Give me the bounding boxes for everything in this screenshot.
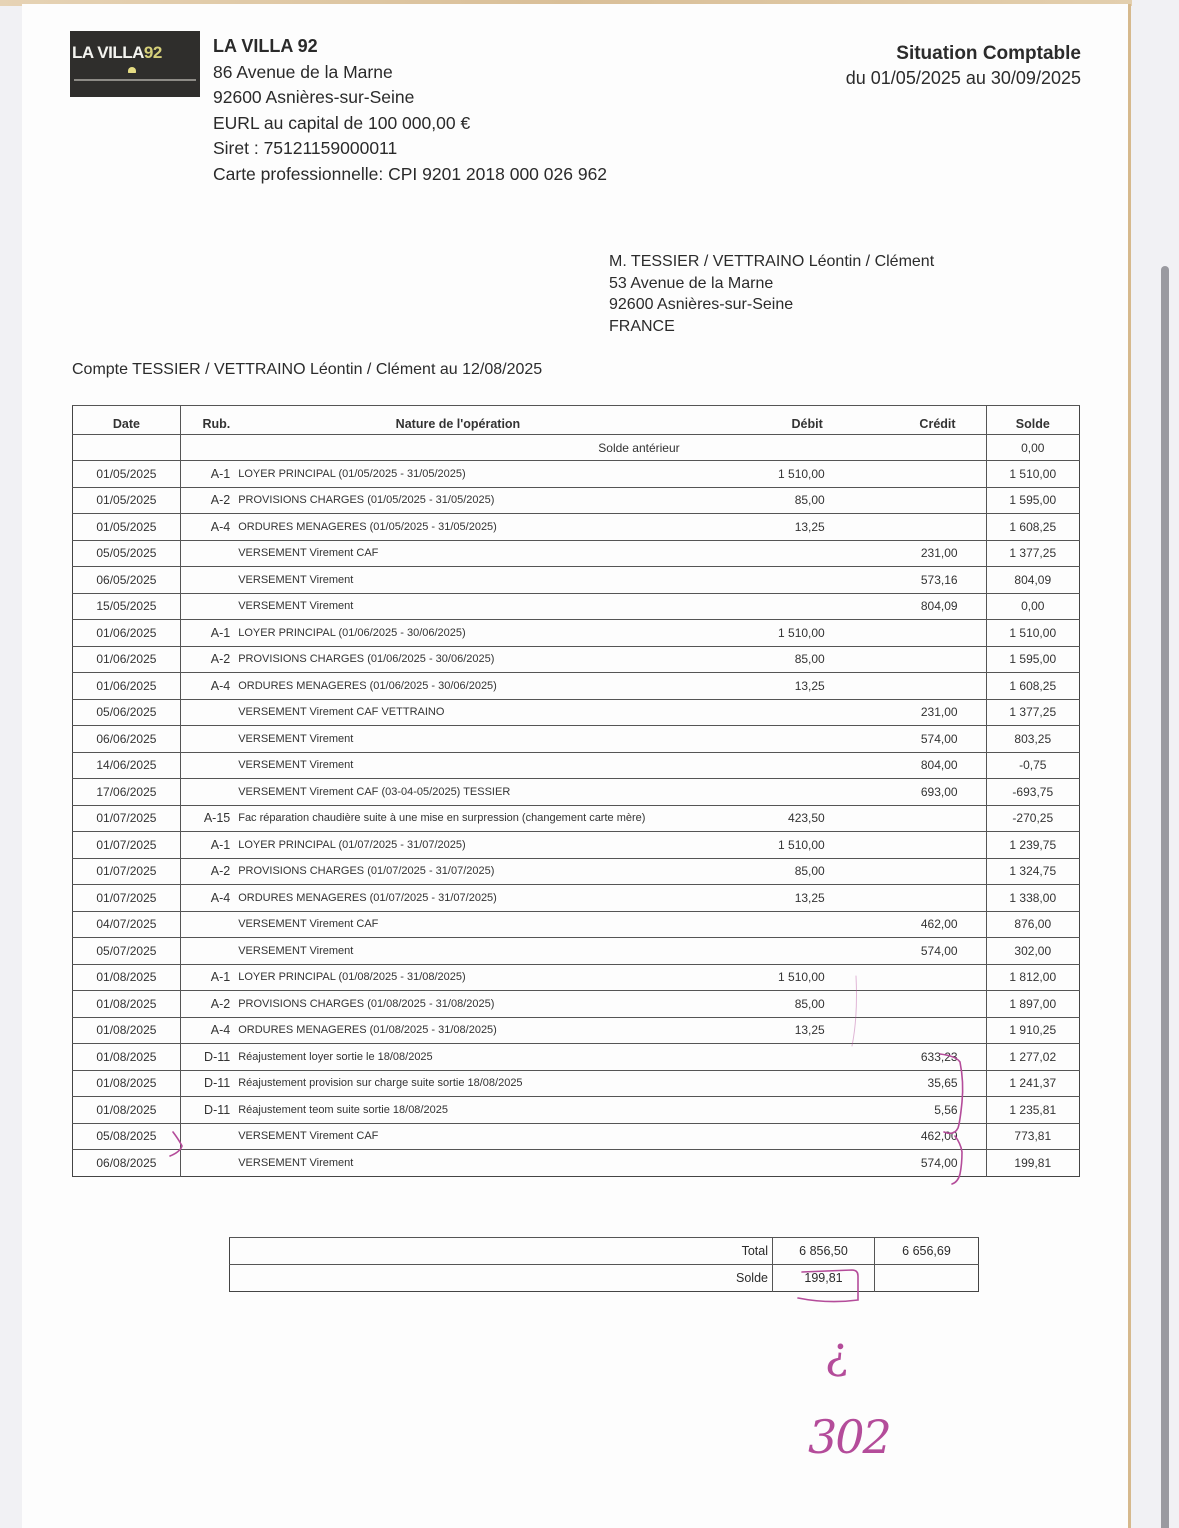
row-rubric xyxy=(180,752,236,779)
row-credit xyxy=(877,805,986,832)
document-period: du 01/05/2025 au 30/09/2025 xyxy=(846,66,1081,90)
row-credit xyxy=(877,461,986,488)
handwritten-symbol: ¿ xyxy=(824,1327,852,1380)
previous-balance-value: 0,00 xyxy=(986,435,1079,461)
account-title: Compte TESSIER / VETTRAINO Léontin / Clé… xyxy=(72,361,542,379)
row-credit xyxy=(877,620,986,647)
leaf-icon xyxy=(128,67,136,73)
row-debit: 1 510,00 xyxy=(680,620,877,647)
row-balance: 1 910,25 xyxy=(986,1017,1079,1044)
row-date: 01/08/2025 xyxy=(73,1070,181,1097)
row-balance: 1 239,75 xyxy=(986,832,1079,859)
table-row: 01/06/2025A-2PROVISIONS CHARGES (01/06/2… xyxy=(73,646,1080,673)
row-balance: 1 277,02 xyxy=(986,1044,1079,1071)
row-credit: 574,00 xyxy=(877,1150,986,1177)
row-nature: LOYER PRINCIPAL (01/07/2025 - 31/07/2025… xyxy=(236,832,679,859)
row-credit xyxy=(877,1017,986,1044)
row-rubric: D-11 xyxy=(180,1097,236,1124)
row-debit: 1 510,00 xyxy=(680,461,877,488)
row-debit xyxy=(680,1044,877,1071)
row-date: 17/06/2025 xyxy=(73,779,181,806)
table-row: 04/07/2025VERSEMENT Virement CAF462,0087… xyxy=(73,911,1080,938)
recipient-address-line1: 53 Avenue de la Marne xyxy=(609,273,934,295)
document-header: Situation Comptable du 01/05/2025 au 30/… xyxy=(846,42,1081,90)
row-debit xyxy=(680,1097,877,1124)
header-solde: Solde xyxy=(986,406,1079,435)
row-rubric xyxy=(180,938,236,965)
header-nature: Nature de l'opération xyxy=(236,406,679,435)
row-debit: 1 510,00 xyxy=(680,832,877,859)
company-professional-card: Carte professionnelle: CPI 9201 2018 000… xyxy=(213,162,607,188)
row-debit: 423,50 xyxy=(680,805,877,832)
row-debit: 13,25 xyxy=(680,885,877,912)
row-nature: VERSEMENT Virement xyxy=(236,752,679,779)
row-credit: 35,65 xyxy=(877,1070,986,1097)
table-row: 01/08/2025D-11Réajustement loyer sortie … xyxy=(73,1044,1080,1071)
row-nature: Fac réparation chaudière suite à une mis… xyxy=(236,805,679,832)
row-rubric: A-4 xyxy=(180,1017,236,1044)
row-credit: 804,09 xyxy=(877,593,986,620)
row-balance: -270,25 xyxy=(986,805,1079,832)
row-balance: 1 377,25 xyxy=(986,699,1079,726)
row-debit: 85,00 xyxy=(680,858,877,885)
row-date: 01/08/2025 xyxy=(73,1017,181,1044)
scrollbar[interactable] xyxy=(1161,266,1169,1528)
row-nature: LOYER PRINCIPAL (01/05/2025 - 31/05/2025… xyxy=(236,461,679,488)
row-date: 01/08/2025 xyxy=(73,1044,181,1071)
row-credit: 462,00 xyxy=(877,911,986,938)
company-address-line1: 86 Avenue de la Marne xyxy=(213,60,607,86)
row-debit: 13,25 xyxy=(680,673,877,700)
row-balance: 773,81 xyxy=(986,1123,1079,1150)
row-nature: VERSEMENT Virement CAF xyxy=(236,1123,679,1150)
row-nature: VERSEMENT Virement CAF xyxy=(236,540,679,567)
row-date: 15/05/2025 xyxy=(73,593,181,620)
table-row: 17/06/2025VERSEMENT Virement CAF (03-04-… xyxy=(73,779,1080,806)
row-rubric: A-1 xyxy=(180,620,236,647)
table-row: 06/06/2025VERSEMENT Virement574,00803,25 xyxy=(73,726,1080,753)
row-debit xyxy=(680,540,877,567)
row-credit xyxy=(877,487,986,514)
row-nature: ORDURES MENAGERES (01/08/2025 - 31/08/20… xyxy=(236,1017,679,1044)
solde-value: 199,81 xyxy=(773,1265,875,1292)
table-row: 01/08/2025D-11Réajustement provision sur… xyxy=(73,1070,1080,1097)
row-date: 01/07/2025 xyxy=(73,885,181,912)
table-row: 01/08/2025D-11Réajustement teom suite so… xyxy=(73,1097,1080,1124)
table-row: 05/07/2025VERSEMENT Virement574,00302,00 xyxy=(73,938,1080,965)
row-credit xyxy=(877,964,986,991)
row-balance: -0,75 xyxy=(986,752,1079,779)
row-debit xyxy=(680,938,877,965)
total-credit: 6 656,69 xyxy=(875,1238,979,1265)
solde-row: Solde 199,81 xyxy=(230,1265,979,1292)
row-debit xyxy=(680,779,877,806)
header-date: Date xyxy=(73,406,181,435)
row-nature: Réajustement teom suite sortie 18/08/202… xyxy=(236,1097,679,1124)
row-nature: VERSEMENT Virement xyxy=(236,726,679,753)
row-balance: 1 897,00 xyxy=(986,991,1079,1018)
row-debit: 85,00 xyxy=(680,991,877,1018)
recipient-name: M. TESSIER / VETTRAINO Léontin / Clément xyxy=(609,251,934,273)
row-rubric: A-2 xyxy=(180,991,236,1018)
row-balance: 1 608,25 xyxy=(986,673,1079,700)
row-date: 01/08/2025 xyxy=(73,1097,181,1124)
row-credit: 573,16 xyxy=(877,567,986,594)
row-credit xyxy=(877,673,986,700)
row-balance: 199,81 xyxy=(986,1150,1079,1177)
row-nature: VERSEMENT Virement xyxy=(236,938,679,965)
row-nature: PROVISIONS CHARGES (01/06/2025 - 30/06/2… xyxy=(236,646,679,673)
row-nature: ORDURES MENAGERES (01/05/2025 - 31/05/20… xyxy=(236,514,679,541)
row-credit: 693,00 xyxy=(877,779,986,806)
row-credit xyxy=(877,991,986,1018)
row-credit xyxy=(877,646,986,673)
row-rubric xyxy=(180,567,236,594)
row-rubric: A-2 xyxy=(180,858,236,885)
row-rubric: A-1 xyxy=(180,461,236,488)
row-rubric xyxy=(180,911,236,938)
row-debit xyxy=(680,911,877,938)
row-date: 01/06/2025 xyxy=(73,620,181,647)
row-date: 01/06/2025 xyxy=(73,646,181,673)
table-row: 01/08/2025A-2PROVISIONS CHARGES (01/08/2… xyxy=(73,991,1080,1018)
row-balance: 1 608,25 xyxy=(986,514,1079,541)
row-credit: 574,00 xyxy=(877,726,986,753)
document-title: Situation Comptable xyxy=(846,42,1081,66)
row-balance: 302,00 xyxy=(986,938,1079,965)
row-rubric xyxy=(180,540,236,567)
table-row: 06/05/2025VERSEMENT Virement573,16804,09 xyxy=(73,567,1080,594)
row-nature: VERSEMENT Virement CAF xyxy=(236,911,679,938)
row-rubric: A-4 xyxy=(180,673,236,700)
row-credit: 804,00 xyxy=(877,752,986,779)
logo-tagline xyxy=(74,79,196,81)
row-rubric xyxy=(180,726,236,753)
row-debit xyxy=(680,1123,877,1150)
row-balance: 1 338,00 xyxy=(986,885,1079,912)
row-balance: -693,75 xyxy=(986,779,1079,806)
ledger-table: Date Rub. Nature de l'opération Débit Cr… xyxy=(72,405,1080,1177)
row-nature: PROVISIONS CHARGES (01/08/2025 - 31/08/2… xyxy=(236,991,679,1018)
total-label: Total xyxy=(230,1238,773,1265)
logo-number: 92 xyxy=(144,43,162,62)
row-rubric: A-2 xyxy=(180,646,236,673)
header-rub: Rub. xyxy=(180,406,236,435)
row-rubric xyxy=(180,699,236,726)
row-balance: 1 235,81 xyxy=(986,1097,1079,1124)
row-credit xyxy=(877,858,986,885)
row-credit: 5,56 xyxy=(877,1097,986,1124)
row-rubric: A-15 xyxy=(180,805,236,832)
row-date: 01/07/2025 xyxy=(73,832,181,859)
row-rubric: A-4 xyxy=(180,514,236,541)
table-row: 01/05/2025A-4ORDURES MENAGERES (01/05/20… xyxy=(73,514,1080,541)
row-credit: 231,00 xyxy=(877,699,986,726)
logo-text: LA VILLA xyxy=(72,43,144,62)
table-row: 05/05/2025VERSEMENT Virement CAF231,001 … xyxy=(73,540,1080,567)
row-balance: 0,00 xyxy=(986,593,1079,620)
row-date: 06/06/2025 xyxy=(73,726,181,753)
row-date: 01/08/2025 xyxy=(73,991,181,1018)
row-date: 01/05/2025 xyxy=(73,461,181,488)
table-row: 01/08/2025A-1LOYER PRINCIPAL (01/08/2025… xyxy=(73,964,1080,991)
table-row: 06/08/2025VERSEMENT Virement574,00199,81 xyxy=(73,1150,1080,1177)
header-debit: Débit xyxy=(680,406,877,435)
table-row: 01/05/2025A-2PROVISIONS CHARGES (01/05/2… xyxy=(73,487,1080,514)
row-balance: 1 241,37 xyxy=(986,1070,1079,1097)
company-legal: EURL au capital de 100 000,00 € xyxy=(213,111,607,137)
row-nature: Réajustement provision sur charge suite … xyxy=(236,1070,679,1097)
row-debit xyxy=(680,567,877,594)
solde-label: Solde xyxy=(230,1265,773,1292)
row-date: 05/07/2025 xyxy=(73,938,181,965)
company-name: LA VILLA 92 xyxy=(213,34,607,60)
row-nature: VERSEMENT Virement CAF VETTRAINO xyxy=(236,699,679,726)
row-nature: LOYER PRINCIPAL (01/06/2025 - 30/06/2025… xyxy=(236,620,679,647)
row-date: 05/08/2025 xyxy=(73,1123,181,1150)
recipient-address: M. TESSIER / VETTRAINO Léontin / Clément… xyxy=(609,251,934,337)
row-nature: VERSEMENT Virement CAF (03-04-05/2025) T… xyxy=(236,779,679,806)
row-rubric: A-1 xyxy=(180,832,236,859)
row-rubric: A-2 xyxy=(180,487,236,514)
company-info: LA VILLA 92 86 Avenue de la Marne 92600 … xyxy=(213,34,607,187)
row-balance: 1 812,00 xyxy=(986,964,1079,991)
row-debit: 13,25 xyxy=(680,1017,877,1044)
row-date: 01/05/2025 xyxy=(73,487,181,514)
row-rubric xyxy=(180,779,236,806)
row-date: 01/05/2025 xyxy=(73,514,181,541)
row-date: 05/06/2025 xyxy=(73,699,181,726)
previous-balance-row: Solde antérieur 0,00 xyxy=(73,435,1080,461)
row-nature: LOYER PRINCIPAL (01/08/2025 - 31/08/2025… xyxy=(236,964,679,991)
row-nature: VERSEMENT Virement xyxy=(236,567,679,594)
table-row: 14/06/2025VERSEMENT Virement804,00-0,75 xyxy=(73,752,1080,779)
row-nature: PROVISIONS CHARGES (01/05/2025 - 31/05/2… xyxy=(236,487,679,514)
row-rubric: D-11 xyxy=(180,1070,236,1097)
row-date: 06/05/2025 xyxy=(73,567,181,594)
total-debit: 6 856,50 xyxy=(773,1238,875,1265)
row-date: 01/07/2025 xyxy=(73,858,181,885)
row-date: 01/06/2025 xyxy=(73,673,181,700)
company-address-line2: 92600 Asnières-sur-Seine xyxy=(213,85,607,111)
row-rubric xyxy=(180,1123,236,1150)
row-date: 04/07/2025 xyxy=(73,911,181,938)
table-row: 05/06/2025VERSEMENT Virement CAF VETTRAI… xyxy=(73,699,1080,726)
row-debit xyxy=(680,726,877,753)
row-balance: 876,00 xyxy=(986,911,1079,938)
row-credit: 231,00 xyxy=(877,540,986,567)
table-row: 01/05/2025A-1LOYER PRINCIPAL (01/05/2025… xyxy=(73,461,1080,488)
row-rubric: D-11 xyxy=(180,1044,236,1071)
company-logo: LA VILLA92 xyxy=(70,31,200,97)
row-balance: 803,25 xyxy=(986,726,1079,753)
recipient-address-line2: 92600 Asnières-sur-Seine xyxy=(609,294,934,316)
row-balance: 1 510,00 xyxy=(986,620,1079,647)
recipient-country: FRANCE xyxy=(609,316,934,338)
row-balance: 1 510,00 xyxy=(986,461,1079,488)
row-credit: 462,00 xyxy=(877,1123,986,1150)
row-debit: 1 510,00 xyxy=(680,964,877,991)
company-siret: Siret : 75121159000011 xyxy=(213,136,607,162)
row-rubric xyxy=(180,1150,236,1177)
table-row: 15/05/2025VERSEMENT Virement804,090,00 xyxy=(73,593,1080,620)
header-credit: Crédit xyxy=(877,406,986,435)
row-balance: 1 595,00 xyxy=(986,646,1079,673)
row-debit xyxy=(680,593,877,620)
row-credit xyxy=(877,514,986,541)
row-debit: 85,00 xyxy=(680,487,877,514)
row-debit: 13,25 xyxy=(680,514,877,541)
table-row: 01/07/2025A-15Fac réparation chaudière s… xyxy=(73,805,1080,832)
row-date: 01/08/2025 xyxy=(73,964,181,991)
row-date: 01/07/2025 xyxy=(73,805,181,832)
row-debit xyxy=(680,1150,877,1177)
row-nature: Réajustement loyer sortie le 18/08/2025 xyxy=(236,1044,679,1071)
row-balance: 1 324,75 xyxy=(986,858,1079,885)
row-date: 06/08/2025 xyxy=(73,1150,181,1177)
row-credit xyxy=(877,885,986,912)
table-row: 05/08/2025VERSEMENT Virement CAF462,0077… xyxy=(73,1123,1080,1150)
table-row: 01/07/2025A-4ORDURES MENAGERES (01/07/20… xyxy=(73,885,1080,912)
table-row: 01/07/2025A-2PROVISIONS CHARGES (01/07/2… xyxy=(73,858,1080,885)
row-debit: 85,00 xyxy=(680,646,877,673)
totals-row: Total 6 856,50 6 656,69 xyxy=(230,1238,979,1265)
table-row: 01/07/2025A-1LOYER PRINCIPAL (01/07/2025… xyxy=(73,832,1080,859)
row-debit xyxy=(680,752,877,779)
row-balance: 804,09 xyxy=(986,567,1079,594)
row-debit xyxy=(680,1070,877,1097)
table-row: 01/08/2025A-4ORDURES MENAGERES (01/08/20… xyxy=(73,1017,1080,1044)
row-date: 05/05/2025 xyxy=(73,540,181,567)
row-rubric: A-4 xyxy=(180,885,236,912)
previous-balance-label: Solde antérieur xyxy=(236,435,679,461)
row-nature: PROVISIONS CHARGES (01/07/2025 - 31/07/2… xyxy=(236,858,679,885)
row-debit xyxy=(680,699,877,726)
row-rubric: A-1 xyxy=(180,964,236,991)
handwritten-amount: 302 xyxy=(808,1410,890,1464)
table-row: 01/06/2025A-4ORDURES MENAGERES (01/06/20… xyxy=(73,673,1080,700)
row-credit xyxy=(877,832,986,859)
row-nature: VERSEMENT Virement xyxy=(236,593,679,620)
row-balance: 1 595,00 xyxy=(986,487,1079,514)
row-balance: 1 377,25 xyxy=(986,540,1079,567)
row-nature: ORDURES MENAGERES (01/06/2025 - 30/06/20… xyxy=(236,673,679,700)
row-rubric xyxy=(180,593,236,620)
totals-table: Total 6 856,50 6 656,69 Solde 199,81 xyxy=(229,1237,979,1292)
row-nature: ORDURES MENAGERES (01/07/2025 - 31/07/20… xyxy=(236,885,679,912)
row-nature: VERSEMENT Virement xyxy=(236,1150,679,1177)
table-header-row: Date Rub. Nature de l'opération Débit Cr… xyxy=(73,406,1080,435)
row-credit: 633,23 xyxy=(877,1044,986,1071)
row-credit: 574,00 xyxy=(877,938,986,965)
row-date: 14/06/2025 xyxy=(73,752,181,779)
table-row: 01/06/2025A-1LOYER PRINCIPAL (01/06/2025… xyxy=(73,620,1080,647)
